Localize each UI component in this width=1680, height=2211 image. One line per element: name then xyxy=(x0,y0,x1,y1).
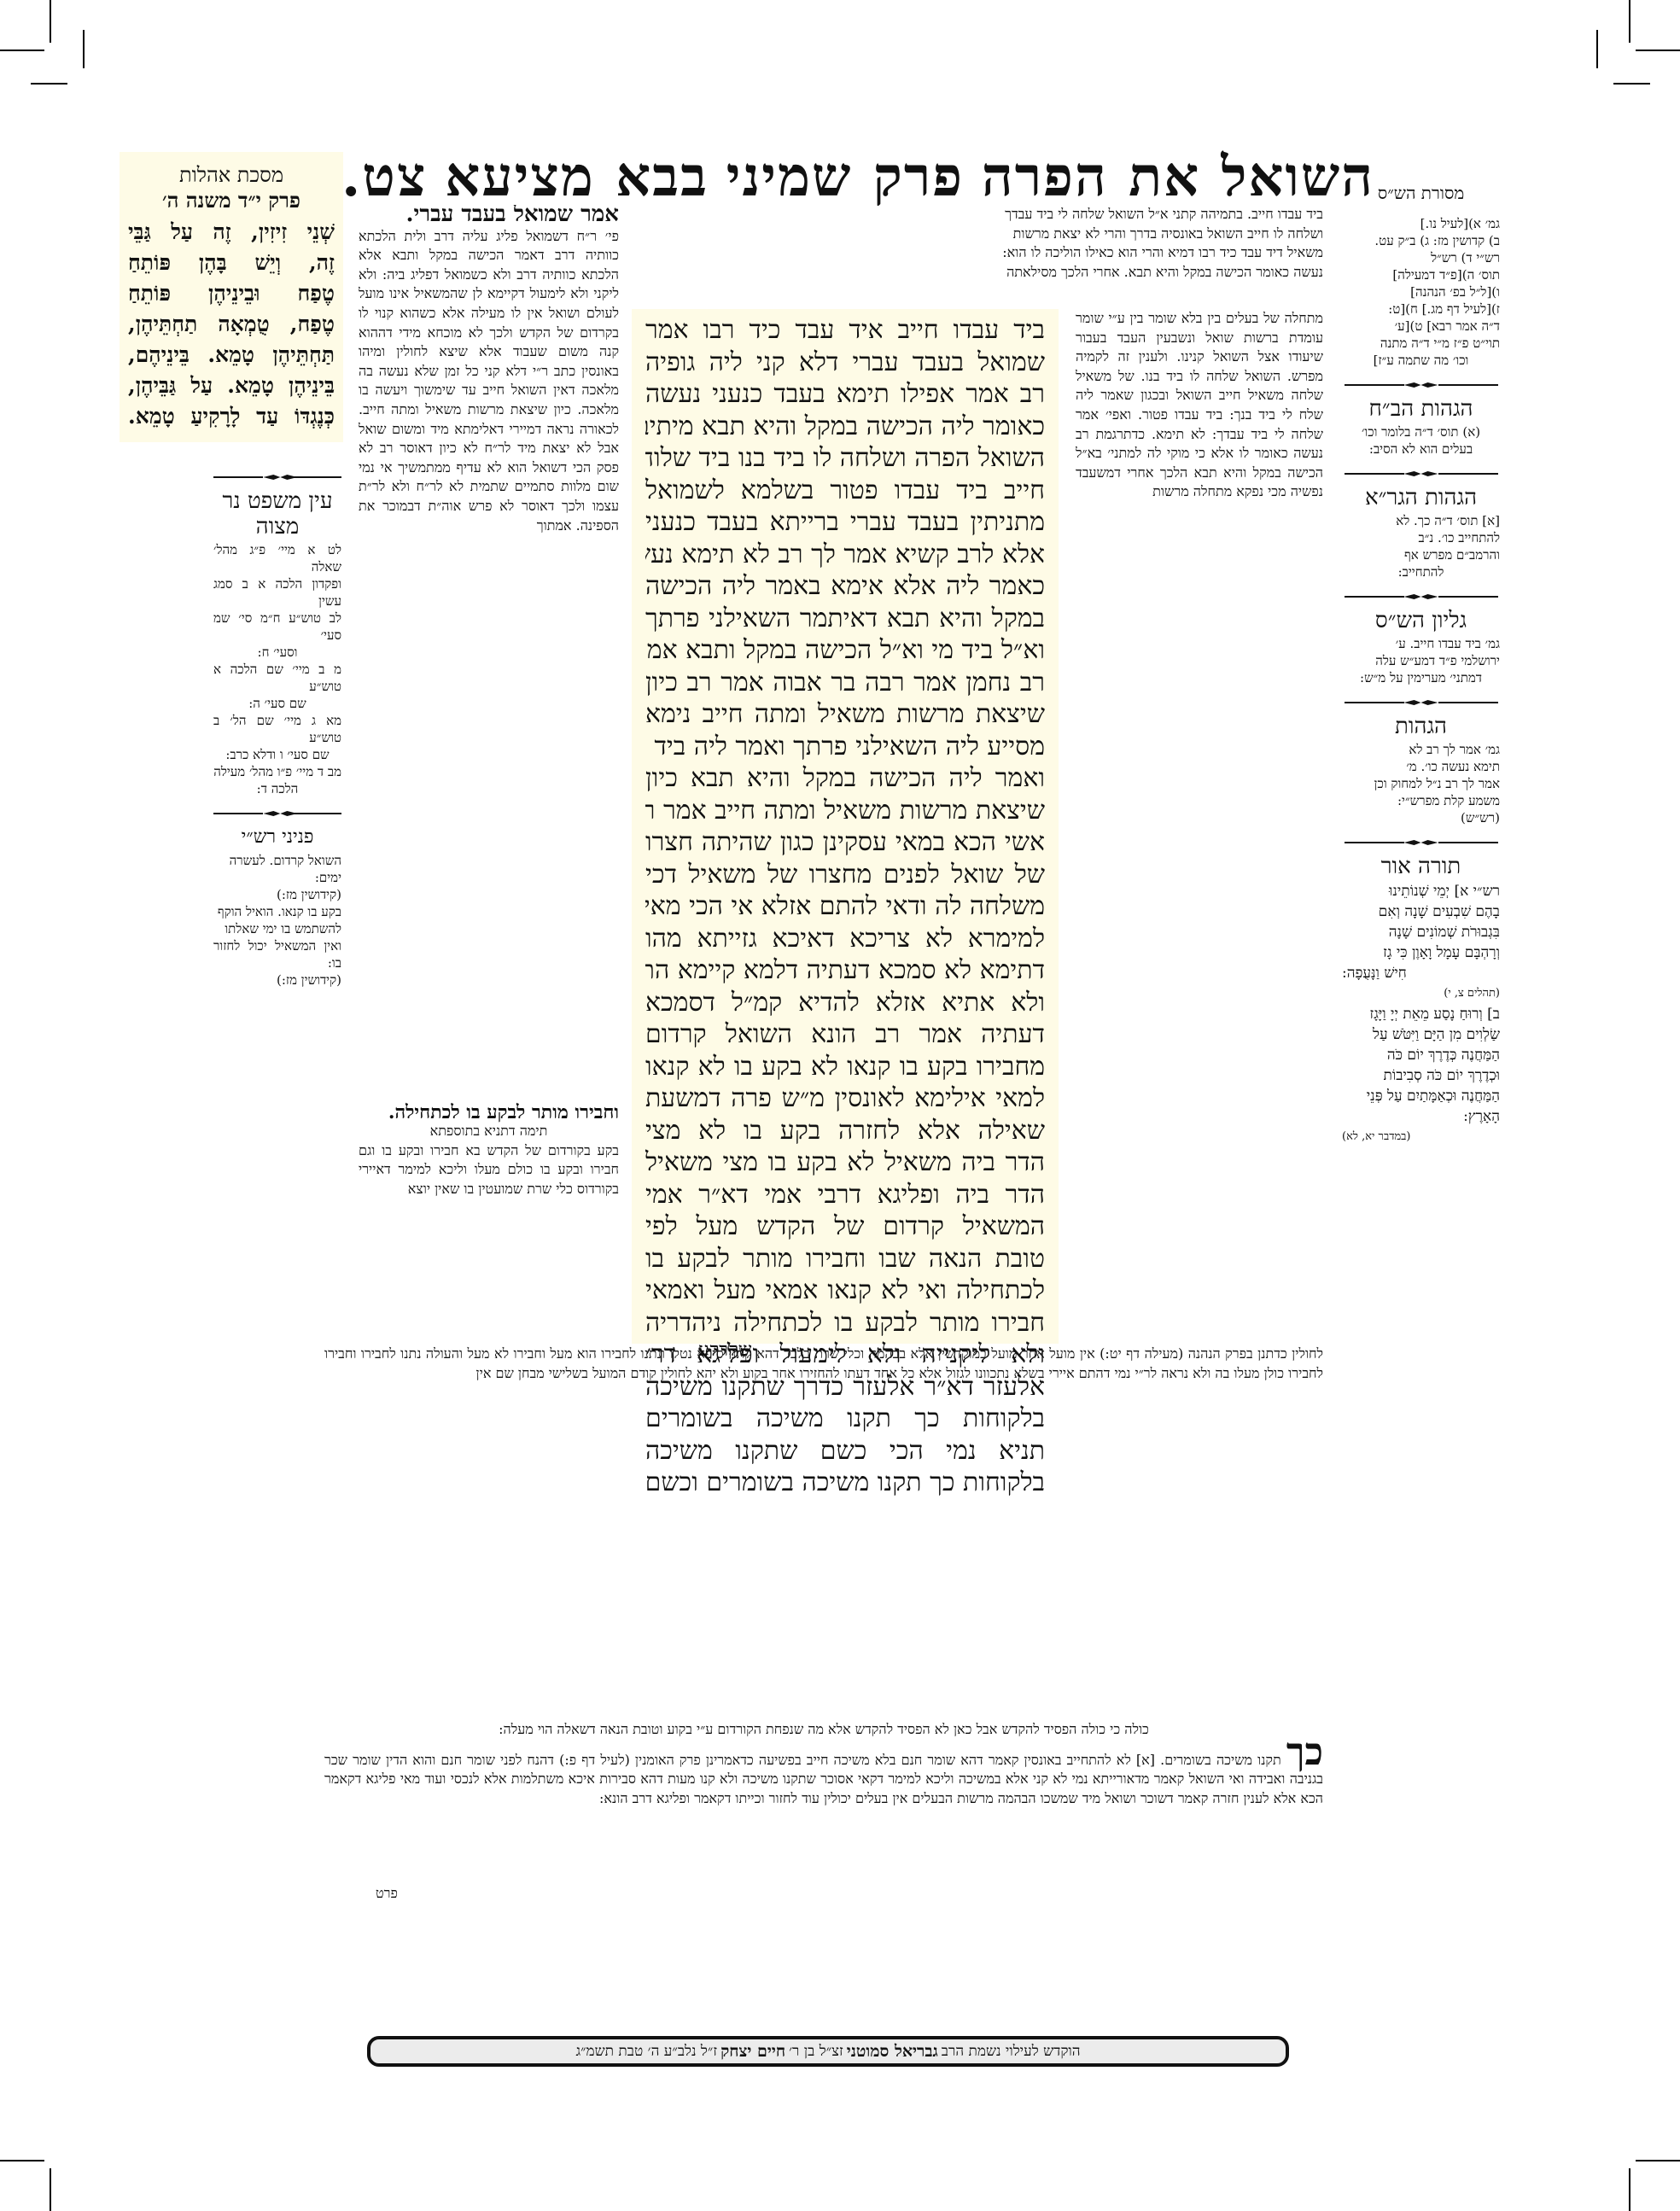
bottom-paragraph: כולה כי כולה הפסיד להקדש אבל כאן לא הפסי… xyxy=(324,1720,1323,1740)
gemara-line: דעתיה אמר רב הונא השואל קרדום xyxy=(645,1018,1045,1051)
gemara-line: הדר ביה ופליגא דרבי אמי דא״ר אמי xyxy=(645,1179,1045,1211)
crop-mark xyxy=(50,2168,51,2211)
pninei-rashi-line: ימים: xyxy=(213,869,341,886)
gemara-line: אשי הכא במאי עסקינן כגון שהיתה חצרו xyxy=(645,826,1045,859)
ein-mishpat-line: וסעי׳ ח: xyxy=(213,644,341,661)
ein-mishpat-line: מב ד מיי׳ פ״ו מהל׳ מעילה xyxy=(213,763,341,780)
mishnah-text: שְׁנֵי זִיזִין, זֶה עַל גַּבֵּי זֶה, וְי… xyxy=(128,217,335,432)
gemara-line: ביד עבדו חייב איד עבד כיד רבו אמר xyxy=(645,314,1045,347)
hagahot-line: אמר לך רב נ״ל למחוק וכן xyxy=(1342,775,1500,792)
rashi-commentary-column: מתחלה של בעלים בין בלא שומר בין ע״י שומר… xyxy=(1076,309,1323,1333)
torah-or-line: הַמַּחֲנֶה וּכְאַמָּתַיִם עַל פְּנֵי xyxy=(1342,1086,1500,1106)
hagahot-line: תימא נעשה כו׳. מ׳ xyxy=(1342,758,1500,775)
crop-mark xyxy=(1636,2160,1680,2161)
mishnah-line: טֶפַח וּבֵינֵיהֶן פּוֹתֵחַ xyxy=(128,278,335,309)
gemara-line: דתימא לא סמכא דעתיה דלמא קיימא התם xyxy=(645,954,1045,987)
tractate-name: בבא מציעא xyxy=(445,145,709,209)
masoret-line: וכו׳ מה שתמה ע״ז] xyxy=(1342,352,1500,369)
gemara-line: רב נחמן אמר רבה בר אבוה אמר רב כיון xyxy=(645,667,1045,699)
page-header: השואל את הפרה פרק שמיני בבא מציעא צט. xyxy=(341,145,1374,209)
tosafot-text: פי׳ ר״ח דשמואל פליג עליה דרב ולית הלכתא … xyxy=(359,227,619,1098)
gemara-line: טובת הנאה שבו וחבירו מותר לבקע בו xyxy=(645,1243,1045,1275)
tosafot-bottom-block: לחולין כדתנן בפרק הנהנה (מעילה דף יט:) א… xyxy=(324,1345,1323,1848)
mishnah-tractate: מסכת אהלות xyxy=(128,162,335,188)
hagahot-hagra-line: [א] תוס׳ ד״ה כך. לא xyxy=(1342,512,1500,529)
dedication-name: גבריאל סמוטני xyxy=(847,2042,938,2062)
gemara-line: שמואל בעבד עברי דלא קני ליה גופיה xyxy=(645,347,1045,379)
gemara-line: כאומר ליה הכישה במקל והיא תבא מיתיבי xyxy=(645,411,1045,443)
gemara-line: של שואל לפנים מחצרו של משאיל דכי xyxy=(645,859,1045,891)
dibur-hamatchil-lead: כך xyxy=(1286,1730,1323,1774)
dedication-banner: הוקדש לעילוי נשמת הרב גבריאל סמוטני זצ״ל… xyxy=(367,2036,1289,2067)
torah-or-line: חִישׁ וַנָּעֻפָה: xyxy=(1342,963,1500,983)
gemara-line: במקל והיא תבא דאיתמר השאילני פרתך xyxy=(645,603,1045,635)
mishnah-line: שְׁנֵי זִיזִין, זֶה עַל גַּבֵּי xyxy=(128,217,335,248)
torah-or-title: תורה אור xyxy=(1342,854,1500,879)
pninei-rashi-line: השואל קרדום. לעשרה xyxy=(213,852,341,869)
mishnah-ohalot-box: מסכת אהלות פרק י״ד משנה ה׳ שְׁנֵי זִיזִי… xyxy=(120,152,343,442)
torah-or-citation: (תהלים צ, י) xyxy=(1342,983,1500,1004)
hagahot-title: הגהות xyxy=(1342,714,1500,739)
gilyon-line: ירושלמי פ״ד דמע״ש עלה xyxy=(1342,652,1500,669)
ein-mishpat-line: שם סעי׳ ו ודלא כרב: xyxy=(213,746,341,763)
mishnah-line: תַּחְתֵּיהֶן טָמֵא. בֵּינֵיהֶם, xyxy=(128,340,335,370)
tosafot-dibur-hamatchil: וחבירו מותר לבקע בו לכתחילה. xyxy=(359,1103,619,1123)
gemara-line: לכתחילה ואי לא קנאו אמאי מעל ואמאי xyxy=(645,1275,1045,1307)
crop-mark xyxy=(1596,30,1598,68)
rashi-line: נעשה כאומר הכישה במקל והיא תבא. אחרי הלכ… xyxy=(854,263,1323,283)
hagahot-hagra-title: הגהות הגר״א xyxy=(1342,485,1500,510)
tosafot-text: בקע בקורדום של הקדש בא חבירו ובקע בו וגם… xyxy=(359,1141,619,1199)
crop-mark xyxy=(1629,2168,1630,2211)
ornament-divider xyxy=(213,473,341,481)
masoret-hashas-column: מסורת הש״ס גמ׳ א)[לעיל נו.] ב) קדושין מז… xyxy=(1342,179,1500,1147)
gemara-line: חבירו מותר לבקע בו לכתחילה ניהדריה xyxy=(645,1307,1045,1339)
torah-or-line: הָאָרֶץ: xyxy=(1342,1106,1500,1127)
rashi-intro: ביד עבדו חייב. בתמיהה קתני א״ל השואל שלח… xyxy=(854,205,1323,282)
dedication-text: ז״ל נלב״ע ה׳ טבת תשמ״ג xyxy=(575,2043,717,2060)
ornament-divider xyxy=(1342,698,1500,707)
perek-label: פרק שמיני xyxy=(726,145,964,209)
gemara-line: מתניתין בעבד עברי ברייתא בעבד כנעני xyxy=(645,506,1045,539)
gemara-line: רב אמר אפילו תימא בעבד כנעני נעשה xyxy=(645,378,1045,411)
ein-mishpat-line: שם סעי׳ ה: xyxy=(213,695,341,712)
ein-mishpat-line: מא ג מיי׳ שם הל׳ ב טוש״ע xyxy=(213,712,341,746)
hagahot-line: משמע קלת מפרש״י: xyxy=(1342,792,1500,809)
torah-or-line: רש״י א] יְמֵי שְׁנוֹתֵינוּ xyxy=(1342,881,1500,901)
masoret-line: ז)[לעיל דף מג.] ח)[ט: xyxy=(1342,300,1500,318)
pninei-rashi-line: בקע בו קנאו. הואיל הוקף xyxy=(213,903,341,920)
rashi-line: משאיל דיד עבד כיד רבו דמיא והרי הוא כאיל… xyxy=(854,243,1323,263)
mishnah-chapter: פרק י״ד משנה ה׳ xyxy=(128,188,335,213)
torah-or-line: שַׂלְוִים מִן הַיָּם וַיִּטֹּשׁ עַל xyxy=(1342,1024,1500,1045)
masoret-line: גמ׳ א)[לעיל נו.] xyxy=(1342,215,1500,232)
torah-or-citation: (במדבר יא, לא) xyxy=(1342,1127,1500,1147)
crop-mark xyxy=(1613,83,1650,85)
crop-mark xyxy=(0,2160,44,2161)
gemara-line: שיצאת מרשות משאיל ומתה חייב אמר רב xyxy=(645,795,1045,827)
rashi-line: ביד עבדו חייב. בתמיהה קתני א״ל השואל שלח… xyxy=(854,205,1323,225)
pninei-rashi-line: (קידושין מז:) xyxy=(213,886,341,903)
gilyon-hashas-title: גליון הש״ס xyxy=(1342,608,1500,633)
mishnah-line: בֵּינֵיהֶן טָמֵא. עַל גַּבֵּיהֶן, xyxy=(128,370,335,401)
masoret-line: ו)[ל״ל בפ׳ הנהנה] xyxy=(1342,283,1500,300)
gemara-line: אלא לרב קשיא אמר לך רב לא תימא נעשה xyxy=(645,539,1045,571)
gemara-line: למימרא לא צריכא דאיכא גזייתא מהו xyxy=(645,923,1045,955)
hagahot-line: גמ׳ אמר לך רב לא xyxy=(1342,741,1500,758)
hagahot-hagra-line: להתחייב: xyxy=(1342,563,1500,580)
masoret-title: מסורת הש״ס xyxy=(1342,183,1500,203)
gemara-line: וא״ל ביד מי וא״ל הכישה במקל ותבא אמר xyxy=(645,634,1045,667)
gemara-line: השואל הפרה ושלחה לו ביד בנו ביד שלוחו xyxy=(645,442,1045,475)
chapter-title: השואל את הפרה xyxy=(982,145,1374,209)
gemara-line: ולא אתיא אזלא להדיא קמ״ל דסמכא xyxy=(645,987,1045,1019)
torah-or-line: ב] וְרוּחַ נָסַע מֵאֵת יְיָ וַיָּגָז xyxy=(1342,1004,1500,1024)
ein-mishpat-line: לט א מיי׳ פ״ג מהל׳ שאלה xyxy=(213,541,341,575)
ornament-divider xyxy=(1342,838,1500,847)
gemara-main-text: ביד עבדו חייב איד עבד כיד רבו אמר שמואל … xyxy=(632,309,1059,1344)
hagahot-hagra-line: להתחייב כו׳. נ״ב xyxy=(1342,529,1500,546)
crop-mark xyxy=(1636,50,1680,51)
gilyon-line: גמ׳ ביד עבדו חייב. ע׳ xyxy=(1342,635,1500,652)
gemara-line: חייב ביד עבדו פטור בשלמא לשמואל xyxy=(645,475,1045,507)
rashi-text: מתחלה של בעלים בין בלא שומר בין ע״י שומר… xyxy=(1076,309,1323,1333)
masoret-line: תוי״ט פ״ז מ״י ד״ה מתנה xyxy=(1342,335,1500,352)
gemara-line: מחבירו בקע בו קנאו לא בקע בו לא קנאו xyxy=(645,1051,1045,1083)
mishnah-line: זֶה, וְיֵשׁ בָּהֶן פּוֹתֵחַ xyxy=(128,248,335,278)
gemara-line: שיצאת מרשות משאיל ומתה חייב נימא xyxy=(645,698,1045,731)
ornament-divider xyxy=(1342,381,1500,389)
hagahot-line: (רש״ש) xyxy=(1342,809,1500,826)
ein-mishpat-line: מ ב מיי׳ שם הלכה א טוש״ע xyxy=(213,661,341,695)
gilyon-line: דמתני׳ מערימין על מ״ש: xyxy=(1342,669,1500,686)
gemara-line: שאילה אלא לחזרה בקע בו לא מצי xyxy=(645,1115,1045,1147)
dedication-text: זצ״ל בן ר׳ xyxy=(789,2043,843,2060)
hagahot-habach-title: הגהות הב״ח xyxy=(1342,396,1500,422)
mishnah-line: טֶפַח, טֻמְאָה תַחְתֵּיהֶן, xyxy=(128,309,335,340)
crop-mark xyxy=(0,50,44,51)
crop-mark xyxy=(50,0,51,43)
gemara-line: כאמר ליה אלא אימא באמר ליה הכישה xyxy=(645,570,1045,603)
torah-or-line: בִּגְבוּרֹת שְׁמוֹנִים שָׁנָה xyxy=(1342,922,1500,942)
tosafot-line: תימה דתניא בתוספתא xyxy=(359,1122,619,1141)
hagahot-habach-line: (א) תוס׳ ד״ה בלומר וכו׳ xyxy=(1342,423,1500,440)
ein-mishpat-column: עין משפט נר מצוה לט א מיי׳ פ״ג מהל׳ שאלה… xyxy=(213,461,341,989)
gemara-line: משלחה לה ודאי להתם אזלא אי הכי מאי xyxy=(645,890,1045,923)
gemara-line: למאי אילימא לאונסין מ״ש פרה דמשעת xyxy=(645,1082,1045,1115)
torah-or-line: בָהֶם שִׁבְעִים שָׁנָה וְאִם xyxy=(1342,901,1500,922)
crop-mark xyxy=(1629,0,1630,43)
pninei-rashi-line: להשתמש בו ימי שאלתו xyxy=(213,920,341,937)
masoret-line: ד״ה אמר רבא] ט)[ע׳ xyxy=(1342,318,1500,335)
ein-mishpat-title: עין משפט נר מצוה xyxy=(213,488,341,540)
pninei-rashi-line: (קידושין מז:) xyxy=(213,971,341,989)
gemara-line: המשאיל קרדום של הקדש מעל לפי xyxy=(645,1211,1045,1243)
masoret-line: רש״י ד) רש״ל xyxy=(1342,249,1500,266)
ornament-divider xyxy=(1342,592,1500,601)
hagahot-habach-line: בעלים הוא לא הסיב: xyxy=(1342,440,1500,458)
dedication-text: הוקדש לעילוי נשמת הרב xyxy=(942,2043,1081,2060)
ornament-divider xyxy=(213,809,341,818)
tosafot-dibur-hamatchil: אמר שמואל בעבד עברי. xyxy=(405,205,619,227)
ein-mishpat-line: ופקדון הלכה א ב סמג עשין xyxy=(213,575,341,610)
pninei-rashi-title: פניני רש״י xyxy=(213,825,341,850)
folio-number: צט. xyxy=(341,145,427,209)
mishnah-line: כְּנֶגְדּוֹ עַד לָרָקִיעַ טָמֵא. xyxy=(128,401,335,432)
gemara-line: מסייע ליה השאילני פרתך ואמר ליה ביד מי xyxy=(645,731,1045,763)
masoret-line: ב) קדושין מז: ג) ב״ק עט. xyxy=(1342,232,1500,249)
tosafot-commentary-column: אמר שמואל בעבד עברי. פי׳ ר״ח דשמואל פליג… xyxy=(359,205,619,1340)
rashi-line: ושלחה לו חייב השואל באונסיה בדרך והרי לא… xyxy=(854,225,1323,244)
dedication-name: חיים יצחק xyxy=(720,2042,785,2062)
bottom-paragraph: לחולין כדתנן בפרק הנהנה (מעילה דף יט:) א… xyxy=(324,1345,1323,1720)
hagahot-hagra-line: והרמב״ם מפרש אף xyxy=(1342,546,1500,563)
torah-or-line: הַמַּחֲנֶה כְּדֶרֶךְ יוֹם כֹּה xyxy=(1342,1045,1500,1065)
torah-or-line: וְרָהְבָּם עָמָל וָאָוֶן כִּי גָז xyxy=(1342,942,1500,963)
page-catchword: פרט xyxy=(376,1885,398,1902)
torah-or-line: וּכְדֶרֶךְ יוֹם כֹּה סְבִיבוֹת xyxy=(1342,1065,1500,1086)
gemara-line: ואמר ליה הכישה במקל והיא תבא כיון xyxy=(645,762,1045,795)
bottom-paragraph: תקנו משיכה בשומרים. [א] לא להתחייב באונס… xyxy=(324,1752,1323,1806)
pninei-rashi-line: ואין המשאיל יכול לחזור בו: xyxy=(213,937,341,971)
ornament-divider xyxy=(1342,470,1500,478)
crop-mark xyxy=(31,83,67,85)
gemara-line: הדר ביה משאיל לא בקע בו מצי משאיל xyxy=(645,1146,1045,1179)
masoret-line: תוס׳ ה)[פ״ד דמעילה] xyxy=(1342,266,1500,283)
ein-mishpat-line: הלכה ד: xyxy=(213,780,341,797)
crop-mark xyxy=(83,30,85,68)
ein-mishpat-line: לב טוש״ע ח״מ סי׳ שמ סעי׳ xyxy=(213,610,341,644)
